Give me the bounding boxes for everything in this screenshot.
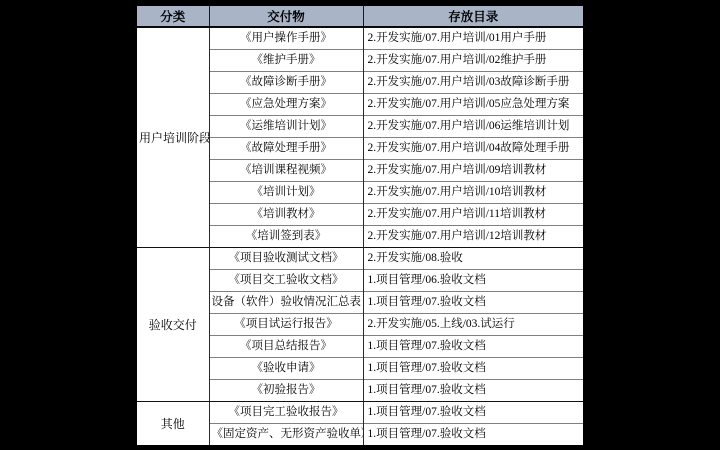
directory-cell: 2.开发实施/07.用户培训/12培训教材: [363, 226, 584, 248]
directory-cell: 2.开发实施/07.用户培训/11培训教材: [363, 204, 584, 226]
category-cell-user-training: 用户培训阶段: [136, 27, 209, 248]
deliverable-cell: 《培训计划》: [209, 182, 363, 204]
directory-cell: 2.开发实施/07.用户培训/04故障处理手册: [363, 138, 584, 160]
deliverable-cell: 《用户操作手册》: [209, 27, 363, 50]
deliverable-cell: 《验收申请》: [209, 358, 363, 380]
directory-cell: 2.开发实施/07.用户培训/09培训教材: [363, 160, 584, 182]
table-row: 其他 《项目完工验收报告》 1.项目管理/07.验收文档: [136, 402, 584, 424]
directory-cell: 1.项目管理/06.验收文档: [363, 270, 584, 292]
directory-cell: 2.开发实施/07.用户培训/03故障诊断手册: [363, 72, 584, 94]
deliverable-cell: 设备（软件）验收情况汇总表: [209, 292, 363, 314]
table-row: 验收交付 《项目验收测试文档》 2.开发实施/08.验收: [136, 248, 584, 270]
directory-cell: 1.项目管理/07.验收文档: [363, 380, 584, 402]
directory-cell: 1.项目管理/07.验收文档: [363, 336, 584, 358]
col-header-category: 分类: [136, 5, 209, 27]
header-row: 分类 交付物 存放目录: [136, 5, 584, 27]
deliverable-cell: 《培训教材》: [209, 204, 363, 226]
deliverable-cell: 《项目总结报告》: [209, 336, 363, 358]
deliverable-cell: 《故障处理手册》: [209, 138, 363, 160]
directory-cell: 1.项目管理/07.验收文档: [363, 358, 584, 380]
document-sheet: 分类 交付物 存放目录 用户培训阶段 《用户操作手册》 2.开发实施/07.用户…: [135, 4, 585, 447]
directory-cell: 2.开发实施/07.用户培训/02维护手册: [363, 50, 584, 72]
deliverable-cell: 《培训课程视频》: [209, 160, 363, 182]
directory-cell: 2.开发实施/07.用户培训/05应急处理方案: [363, 94, 584, 116]
deliverable-cell: 《培训签到表》: [209, 226, 363, 248]
table-header: 分类 交付物 存放目录: [136, 5, 584, 27]
deliverable-cell: 《项目交工验收文档》: [209, 270, 363, 292]
directory-cell: 2.开发实施/08.验收: [363, 248, 584, 270]
screen: { "colors": { "background": "#000000", "…: [0, 0, 720, 450]
deliverable-cell: 《故障诊断手册》: [209, 72, 363, 94]
directory-cell: 2.开发实施/07.用户培训/06运维培训计划: [363, 116, 584, 138]
directory-cell: 1.项目管理/07.验收文档: [363, 402, 584, 424]
table-row: 用户培训阶段 《用户操作手册》 2.开发实施/07.用户培训/01用户手册: [136, 27, 584, 50]
directory-cell: 1.项目管理/07.验收文档: [363, 292, 584, 314]
category-cell-other: 其他: [136, 402, 209, 447]
deliverable-cell: 《固定资产、无形资产验收单》: [209, 424, 363, 447]
col-header-deliverable: 交付物: [209, 5, 363, 27]
deliverable-cell: 《初验报告》: [209, 380, 363, 402]
directory-cell: 2.开发实施/07.用户培训/10培训教材: [363, 182, 584, 204]
directory-cell: 2.开发实施/05.上线/03.试运行: [363, 314, 584, 336]
deliverable-cell: 《应急处理方案》: [209, 94, 363, 116]
deliverable-cell: 《项目试运行报告》: [209, 314, 363, 336]
deliverables-table: 分类 交付物 存放目录 用户培训阶段 《用户操作手册》 2.开发实施/07.用户…: [135, 4, 585, 447]
category-cell-acceptance: 验收交付: [136, 248, 209, 402]
directory-cell: 2.开发实施/07.用户培训/01用户手册: [363, 27, 584, 50]
deliverable-cell: 《项目完工验收报告》: [209, 402, 363, 424]
deliverable-cell: 《维护手册》: [209, 50, 363, 72]
directory-cell: 1.项目管理/07.验收文档: [363, 424, 584, 447]
col-header-directory: 存放目录: [363, 5, 584, 27]
table-body: 用户培训阶段 《用户操作手册》 2.开发实施/07.用户培训/01用户手册 《维…: [136, 27, 584, 446]
deliverable-cell: 《项目验收测试文档》: [209, 248, 363, 270]
deliverable-cell: 《运维培训计划》: [209, 116, 363, 138]
